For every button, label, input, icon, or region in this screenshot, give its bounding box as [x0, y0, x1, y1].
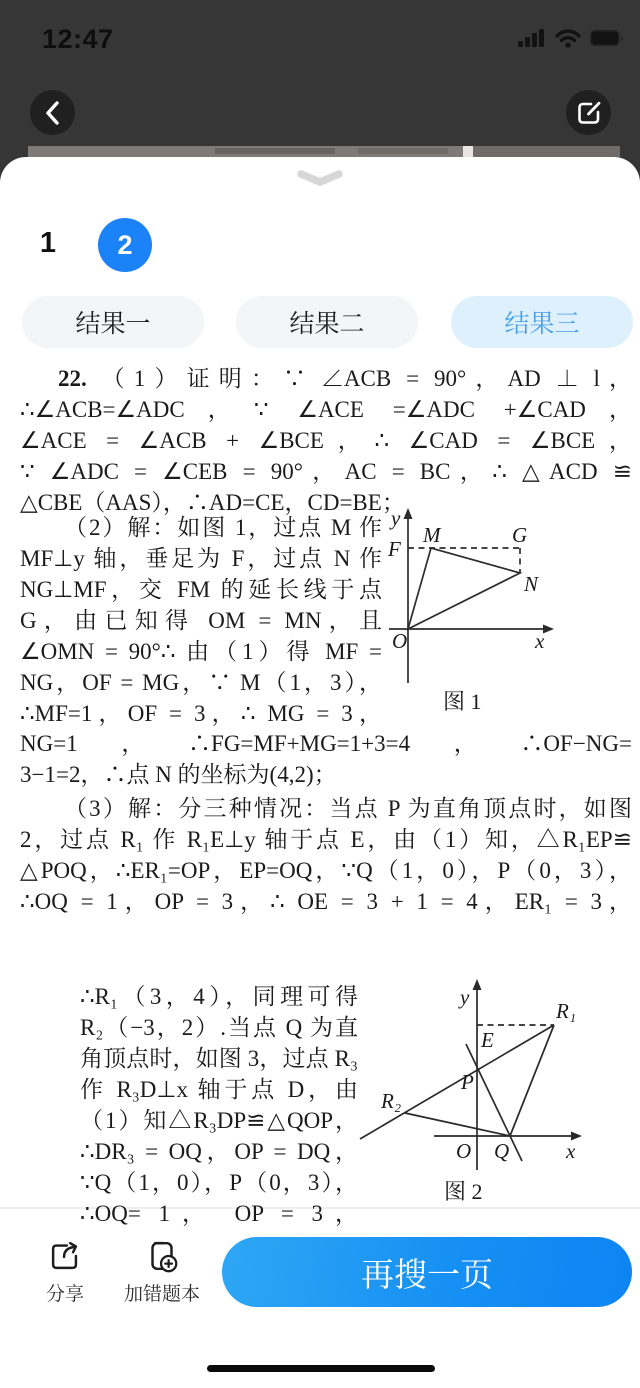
fig2-label-p: P: [460, 1070, 474, 1094]
text-line: （1）证明：∵ ∠ACB = 90°，AD ⊥ l，: [102, 366, 632, 391]
problem-number: 22.: [58, 366, 87, 391]
text-line: MF⊥y 轴，垂足为 F，过点 N 作: [20, 543, 382, 574]
figure-2: y E R₁ P R₂ O Q x 图 2: [358, 973, 640, 1210]
share-label: 分享: [46, 1279, 84, 1306]
text-line: ∵ ∠ADC = ∠CEB = 90°，AC = BC，∴ △ACD ≌: [20, 456, 632, 487]
text-line: ∴OQ= 1， OP = 3，: [80, 1198, 358, 1229]
text-line: ∠OMN = 90°∴ 由（1）得 MF =: [20, 636, 382, 667]
fig1-caption: 图 1: [443, 689, 482, 714]
chevron-left-icon: [44, 100, 62, 126]
home-indicator[interactable]: [207, 1365, 435, 1372]
page-indicator-2[interactable]: 2: [98, 218, 152, 272]
fig1-label-x: x: [534, 629, 545, 653]
text-line: （2）解：如图 1，过点 M 作: [20, 512, 382, 543]
text-line: R₂（−3，2）.当点 Q 为直: [80, 1012, 358, 1043]
bottom-sheet: 1 2 结果一 结果二 结果三 22. （1）证明：∵ ∠ACB = 90°，A…: [0, 157, 640, 1388]
text-line: （1）知△R₃DP≌△QOP，: [80, 1105, 358, 1136]
notebook-label: 加错题本: [124, 1279, 200, 1306]
solution-part-1: 22. （1）证明：∵ ∠ACB = 90°，AD ⊥ l， ∴∠ACB=∠AD…: [20, 363, 632, 518]
photo-strip: [28, 146, 620, 157]
text-line: ∠ACE = ∠ACB + ∠BCE，∴ ∠CAD = ∠BCE，: [20, 425, 632, 456]
photo-strip-shadow: [215, 148, 335, 154]
fig2-label-x: x: [565, 1139, 576, 1163]
chevron-down-icon: [297, 170, 343, 187]
solution-part-2: （2）解：如图 1，过点 M 作 MF⊥y 轴，垂足为 F，过点 N 作 NG⊥…: [20, 512, 382, 729]
solution-part-3-continued: ∴R₁（3，4），同理可得 R₂（−3，2）.当点 Q 为直 角顶点时，如图 3…: [80, 981, 358, 1229]
fig1-label-y: y: [389, 506, 401, 530]
wifi-icon: [555, 29, 581, 48]
photo-strip-notch: [463, 146, 473, 157]
fig2-label-q: Q: [494, 1139, 509, 1163]
fig1-label-f: F: [387, 537, 401, 561]
page-indicator-1[interactable]: 1: [36, 227, 60, 260]
tab-result-1[interactable]: 结果一: [22, 296, 204, 348]
battery-icon: [590, 30, 624, 46]
text-line: G，由已知得 OM = MN，且: [20, 605, 382, 636]
fig2-label-o: O: [456, 1139, 471, 1163]
text-line: 作 R₃D⊥x 轴于点 D，由: [80, 1074, 358, 1105]
text-line: 22. （1）证明：∵ ∠ACB = 90°，AD ⊥ l，: [20, 363, 632, 394]
fig1-label-g: G: [512, 523, 527, 547]
text-line: NG⊥MF，交 FM 的延长线于点: [20, 574, 382, 605]
text-line: ∴OQ = 1，OP = 3，∴ OE = 3 + 1 = 4，ER₁ = 3，: [20, 886, 632, 917]
signal-icon: [518, 28, 546, 48]
text-line: NG=1，∴FG=MF+MG=1+3=4，∴OF−NG=: [20, 728, 632, 759]
tab-result-3[interactable]: 结果三: [451, 296, 633, 348]
screen: 12:47: [0, 0, 640, 1388]
fig1-label-o: O: [392, 629, 407, 653]
fig2-caption: 图 2: [444, 1179, 483, 1204]
back-button[interactable]: [30, 90, 75, 135]
fig2-label-e: E: [480, 1028, 494, 1052]
photo-strip-shadow: [358, 148, 448, 154]
text-line: ∴∠ACB=∠ADC，∵ ∠ACE =∠ADC +∠CAD，: [20, 394, 632, 425]
fig1-label-m: M: [422, 523, 442, 547]
sheet-drag-handle[interactable]: [297, 170, 343, 192]
add-to-mistake-book-button[interactable]: 加错题本: [112, 1237, 212, 1306]
text-line: 3−1=2，∴点 N 的坐标为(4,2)；: [20, 759, 632, 790]
share-button[interactable]: 分享: [34, 1237, 96, 1306]
status-icons: [518, 28, 624, 48]
status-time: 12:47: [42, 24, 114, 55]
text-line: （3）解：分三种情况：当点 P 为直角顶点时，如图: [20, 793, 632, 824]
solution-part-3: （3）解：分三种情况：当点 P 为直角顶点时，如图 2，过点 R₁ 作 R₁E⊥…: [20, 793, 632, 917]
solution-part-2-tail: NG=1，∴FG=MF+MG=1+3=4，∴OF−NG= 3−1=2，∴点 N …: [20, 728, 632, 790]
notebook-add-icon: [143, 1237, 181, 1275]
fig2-label-r2: R₂: [380, 1089, 401, 1113]
text-line: NG，OF = MG，∵ M（1，3），: [20, 667, 382, 698]
share-icon: [46, 1237, 84, 1275]
text-line: ∵Q（1，0），P（0，3），: [80, 1167, 358, 1198]
text-line: ∴R₁（3，4），同理可得: [80, 981, 358, 1012]
text-line: ∴MF=1，OF = 3，∴ MG = 3，: [20, 698, 382, 729]
tab-result-2[interactable]: 结果二: [236, 296, 418, 348]
fig2-label-r1: R₁: [555, 999, 576, 1023]
fig1-label-n: N: [523, 572, 539, 596]
text-line: 角顶点时，如图 3，过点 R₃: [80, 1043, 358, 1074]
edit-button[interactable]: [566, 90, 611, 135]
text-line: ∴DR₃ = OQ，OP = DQ，: [80, 1136, 358, 1167]
compose-icon: [576, 100, 602, 126]
figure-1: y M G F N O x 图 1: [383, 506, 640, 721]
search-again-button[interactable]: 再搜一页: [222, 1237, 632, 1307]
photo-strip-shadow: [473, 146, 620, 157]
fig2-label-y: y: [458, 985, 470, 1009]
text-line: △POQ，∴ER₁=OP，EP=OQ，∵Q（1，0），P（0，3），: [20, 855, 632, 886]
text-line: 2，过点 R₁ 作 R₁E⊥y 轴于点 E，由（1）知，△R₁EP≌: [20, 824, 632, 855]
